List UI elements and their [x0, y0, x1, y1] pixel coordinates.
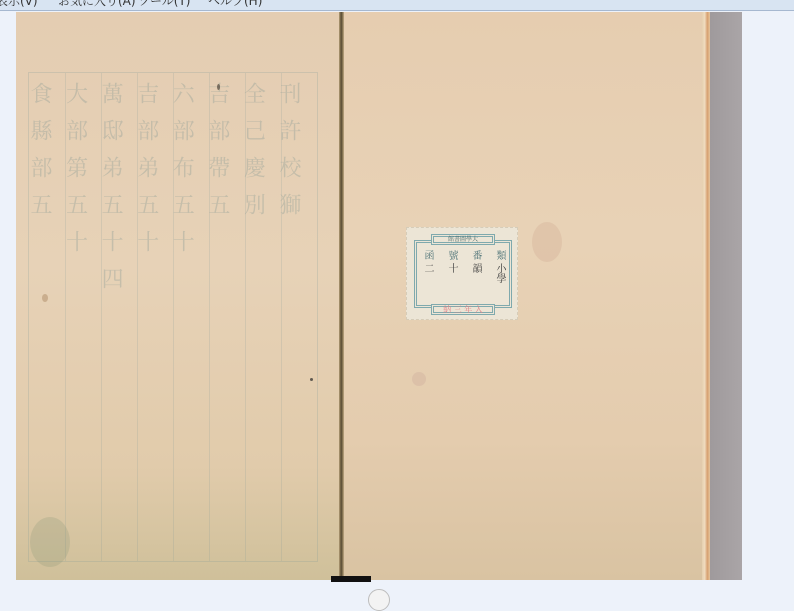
stain [310, 378, 313, 381]
menu-view[interactable]: 表示(V) [0, 0, 38, 9]
bleed-through-text: 刊 許 校 獅 全 己 慶 別 吉 部 帶 五 六 部 布 五 十 吉 部 弟 … [24, 82, 304, 322]
label-field-category: 類 小學 [493, 250, 505, 300]
stain [532, 222, 562, 262]
stain [217, 84, 220, 90]
binding-tab [331, 576, 371, 582]
label-field-id: 號 十 [445, 250, 457, 300]
menu-tools[interactable]: ツール(T) [138, 0, 190, 9]
library-label-slip: 館書圖學大 類 小學 番 韻 號 十 函 二 納 三 年 [406, 227, 518, 320]
scan-background-strip [710, 12, 742, 580]
menu-bar: 表示(V) お気に入り(A) ツール(T) ヘルプ(H) [0, 0, 794, 11]
scanned-book-image[interactable]: 刊 許 校 獅 全 己 慶 別 吉 部 帶 五 六 部 布 五 十 吉 部 弟 … [16, 12, 742, 580]
page-edge [702, 12, 710, 580]
label-fields: 類 小學 番 韻 號 十 函 二 [421, 250, 505, 300]
label-field-case: 函 二 [421, 250, 433, 300]
book-spine [339, 12, 344, 580]
label-header: 館書圖學大 [431, 234, 495, 245]
stain [42, 294, 48, 302]
stain [30, 517, 70, 567]
right-page [342, 12, 708, 580]
image-viewer[interactable]: 刊 許 校 獅 全 己 慶 別 吉 部 帶 五 六 部 布 五 十 吉 部 弟 … [0, 12, 794, 590]
menu-help[interactable]: ヘルプ(H) [208, 0, 262, 9]
menu-favorites[interactable]: お気に入り(A) [58, 0, 136, 9]
label-field-number: 番 韻 [469, 250, 481, 300]
stain [412, 372, 426, 386]
label-stamp: 納 三 年 入 [431, 304, 495, 315]
left-page: 刊 許 校 獅 全 己 慶 別 吉 部 帶 五 六 部 布 五 十 吉 部 弟 … [16, 12, 342, 580]
